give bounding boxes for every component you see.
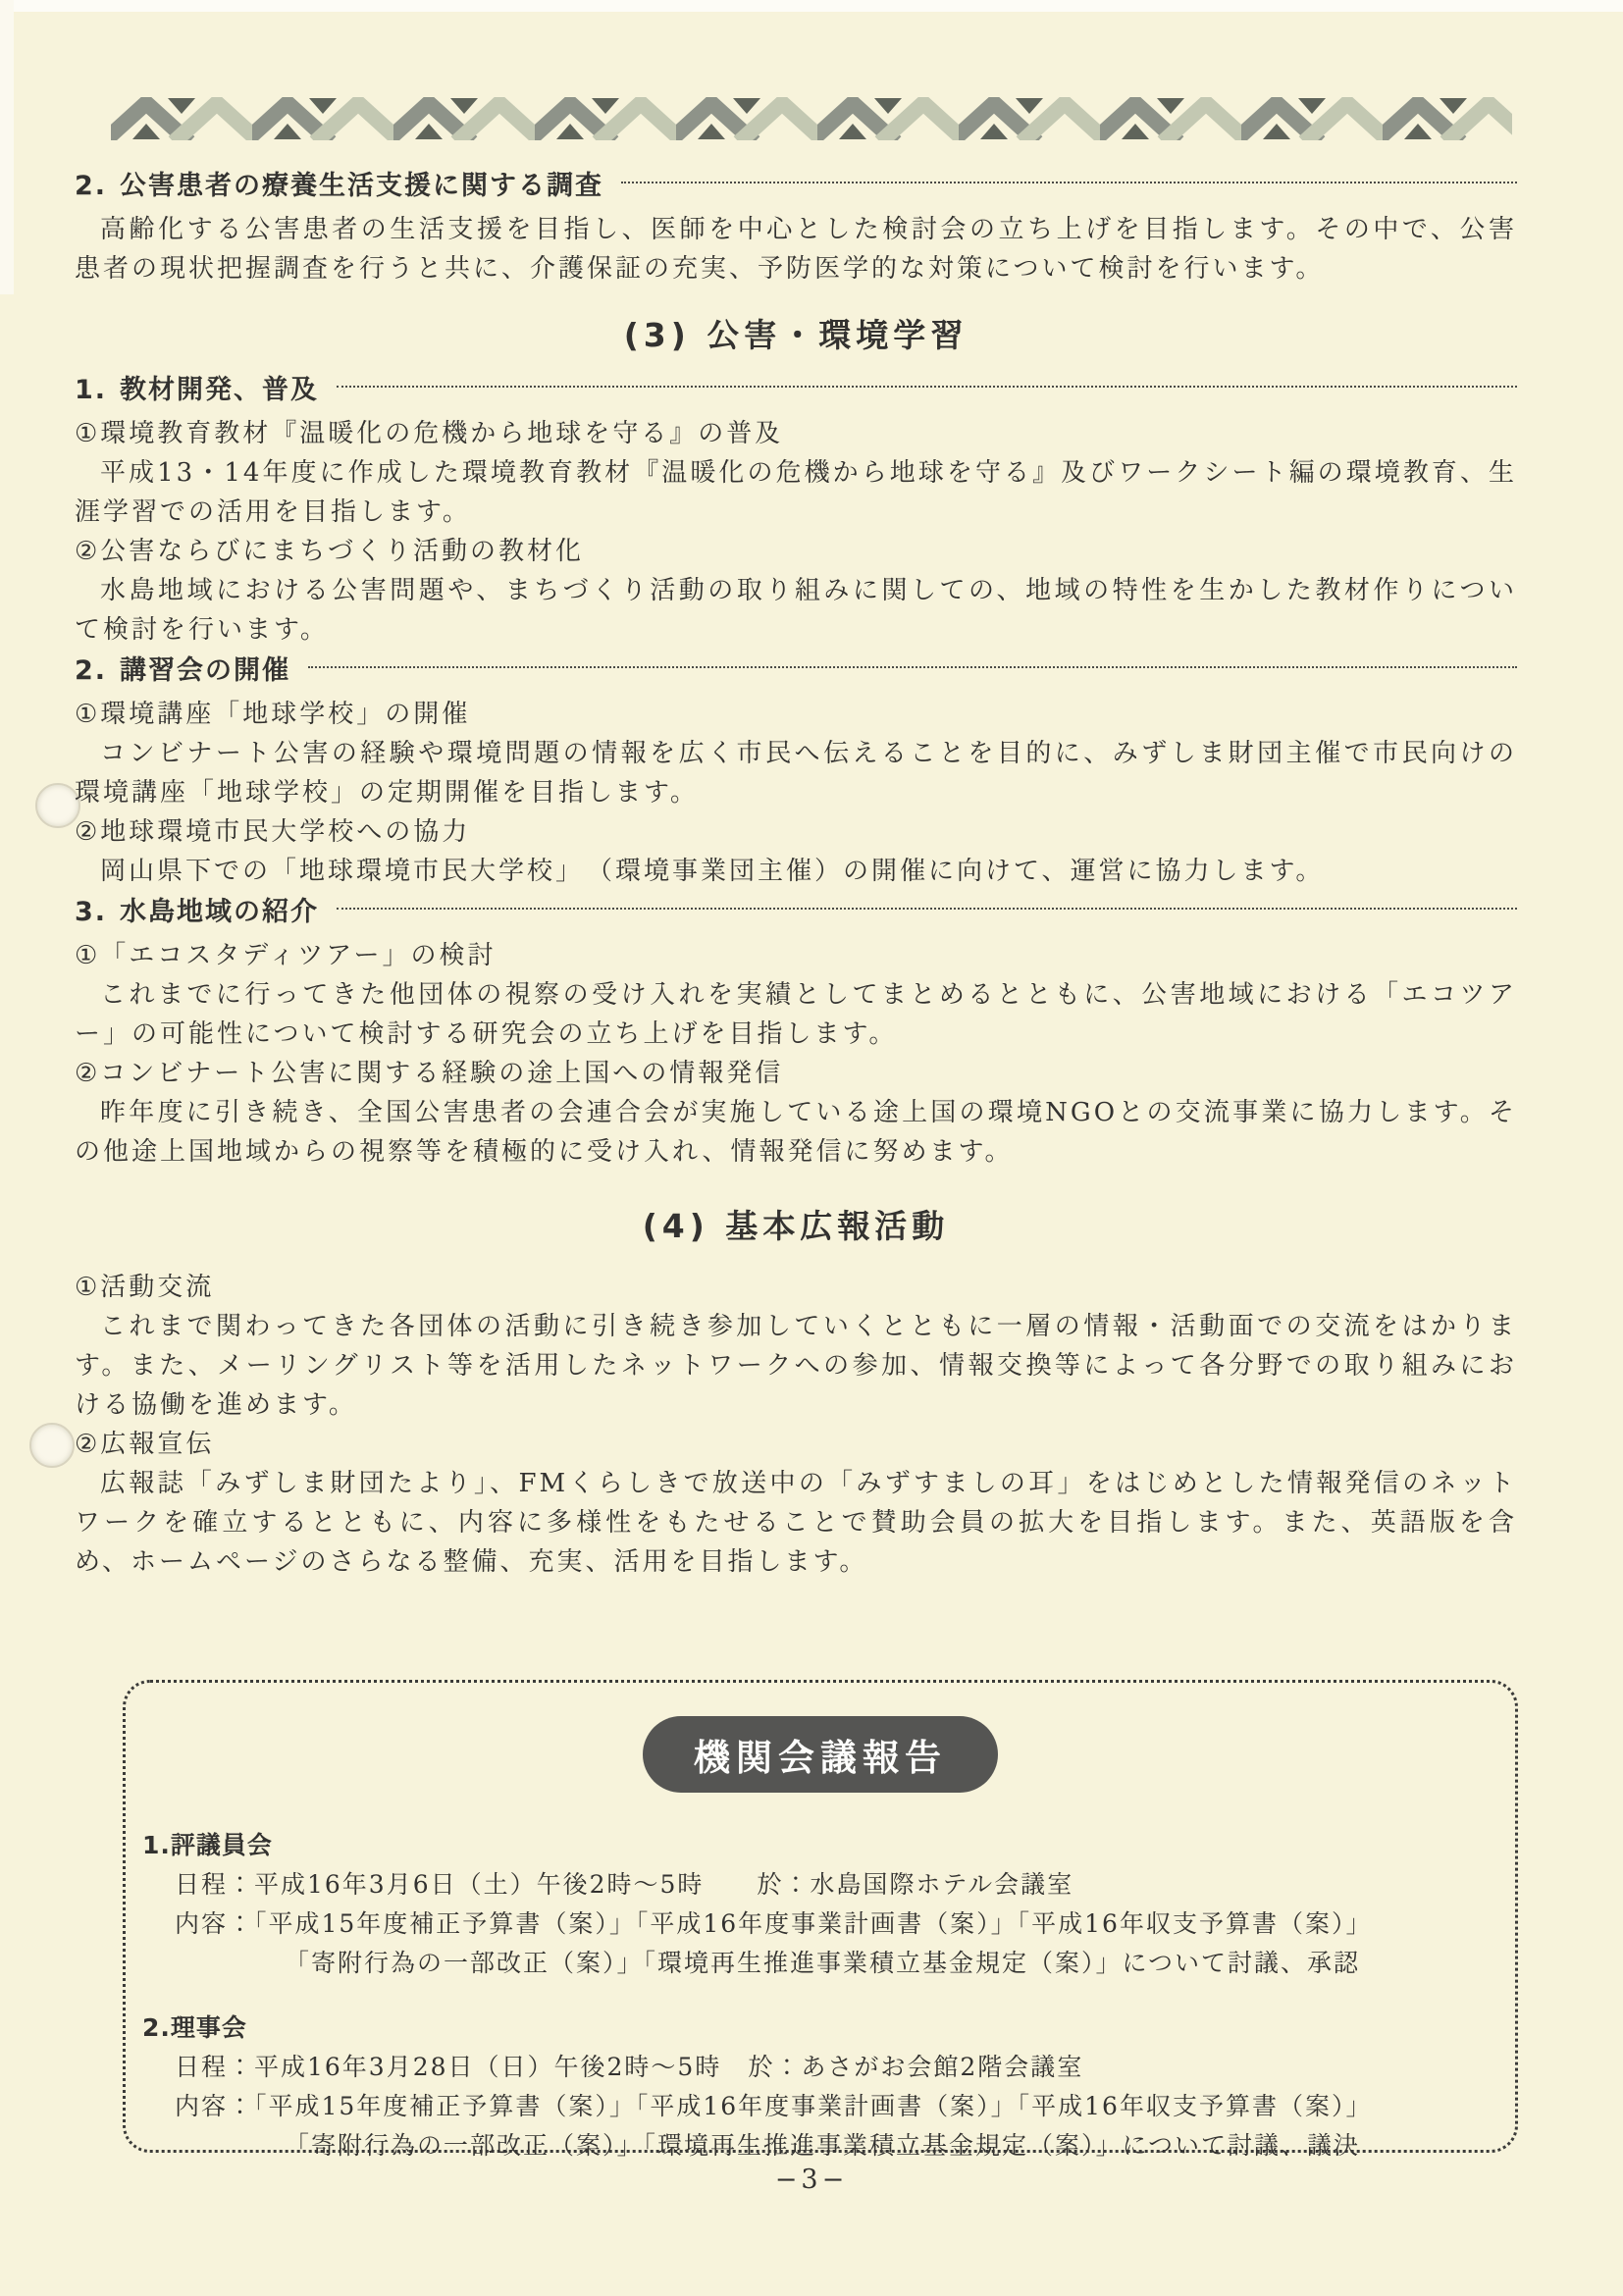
subitem-label: ①活動交流: [75, 1268, 1517, 1307]
heading-number: 2.: [75, 167, 120, 206]
heading-title: 教材開発、普及: [120, 371, 319, 410]
paragraph: コンビナート公害の経験や環境問題の情報を広く市民へ伝えることを目的に、みずしま財…: [75, 734, 1517, 812]
subitem-label: ①環境講座「地球学校」の開催: [75, 695, 1517, 734]
scanned-document-page: 2. 公害患者の療養生活支援に関する調査 高齢化する公害患者の生活支援を目指し、…: [0, 0, 1623, 2296]
paragraph: これまで関わってきた各団体の活動に引き続き参加していくとともに一層の情報・活動面…: [75, 1307, 1517, 1425]
dotted-leader: [337, 908, 1517, 910]
dotted-leader: [621, 182, 1517, 183]
meeting-content-line: 内容：「平成15年度補正予算書（案）」「平成16年度事業計画書（案）」「平成16…: [175, 2087, 1471, 2126]
dotted-leader: [337, 386, 1517, 388]
heading-number: 2.: [75, 652, 120, 691]
heading-workshops: 2. 講習会の開催: [75, 652, 1517, 691]
paragraph: 平成13・14年度に作成した環境教育教材『温暖化の危機から地球を守る』及びワーク…: [75, 453, 1517, 532]
section-4-heading: (4) 基本広報活動: [75, 1205, 1517, 1248]
heading-number: 1.: [75, 371, 120, 410]
heading-teaching-materials: 1. 教材開発、普及: [75, 371, 1517, 410]
meeting-name: 1.評議員会: [142, 1826, 1471, 1865]
meeting-content-line: 「寄附行為の一部改正（案）」「環境再生推進事業積立基金規定（案）」について討議、…: [285, 1944, 1471, 1983]
meeting-schedule: 日程：平成16年3月28日（日）午後2時～5時 於：あさがお会館2階会議室: [175, 2048, 1471, 2087]
subitem-label: ①「エコスタディツアー」の検討: [75, 936, 1517, 975]
meeting-content-line: 内容：「平成15年度補正予算書（案）」「平成16年度事業計画書（案）」「平成16…: [175, 1905, 1471, 1944]
subitem-label: ①環境教育教材『温暖化の危機から地球を守る』の普及: [75, 414, 1517, 453]
heading-title: 水島地域の紹介: [120, 893, 319, 932]
paragraph: 岡山県下での「地球環境市民大学校」 （環境事業団主催）の開催に向けて、運営に協力…: [75, 852, 1517, 891]
paragraph: 水島地域における公害問題や、まちづくり活動の取り組みに関しての、地域の特性を生か…: [75, 571, 1517, 650]
paragraph: これまでに行ってきた他団体の視察の受け入れを実績としてまとめるとともに、公害地域…: [75, 975, 1517, 1054]
paragraph: 昨年度に引き続き、全国公害患者の会連合会が実施している途上国の環境NGOとの交流…: [75, 1093, 1517, 1172]
subitem-label: ②コンビナート公害に関する経験の途上国への情報発信: [75, 1054, 1517, 1093]
heading-title: 講習会の開催: [120, 652, 290, 691]
meeting-schedule: 日程：平成16年3月6日（土）午後2時～5時 於：水島国際ホテル会議室: [175, 1865, 1471, 1905]
meeting-item-directors: 2.理事会 日程：平成16年3月28日（日）午後2時～5時 於：あさがお会館2階…: [170, 2009, 1471, 2166]
dotted-leader: [308, 666, 1517, 668]
paragraph: 高齢化する公害患者の生活支援を目指し、医師を中心とした検討会の立ち上げを目指しま…: [75, 210, 1517, 288]
heading-title: 公害患者の療養生活支援に関する調査: [120, 167, 603, 206]
document-content: 2. 公害患者の療養生活支援に関する調査 高齢化する公害患者の生活支援を目指し、…: [0, 0, 1623, 1582]
subitem-label: ②公害ならびにまちづくり活動の教材化: [75, 532, 1517, 571]
heading-patient-support-survey: 2. 公害患者の療養生活支援に関する調査: [75, 167, 1517, 206]
paragraph: 広報誌「みずしま財団たより」、FMくらしきで放送中の「みずすましの耳」をはじめと…: [75, 1464, 1517, 1582]
meeting-report-box: 機関会議報告 1.評議員会 日程：平成16年3月6日（土）午後2時～5時 於：水…: [123, 1680, 1518, 2153]
heading-number: 3.: [75, 893, 120, 932]
heading-mizushima-introduction: 3. 水島地域の紹介: [75, 893, 1517, 932]
meeting-name: 2.理事会: [142, 2009, 1471, 2048]
section-3-heading: (3) 公害・環境学習: [75, 314, 1517, 357]
report-box-title-badge: 機関会議報告: [643, 1716, 998, 1793]
subitem-label: ②広報宣伝: [75, 1425, 1517, 1464]
meeting-content-line: 「寄附行為の一部改正（案）」「環境再生推進事業積立基金規定（案）」について討議、…: [285, 2126, 1471, 2166]
page-number: −3−: [0, 2165, 1623, 2195]
subitem-label: ②地球環境市民大学校への協力: [75, 812, 1517, 852]
meeting-item-councilors: 1.評議員会 日程：平成16年3月6日（土）午後2時～5時 於：水島国際ホテル会…: [170, 1826, 1471, 1983]
